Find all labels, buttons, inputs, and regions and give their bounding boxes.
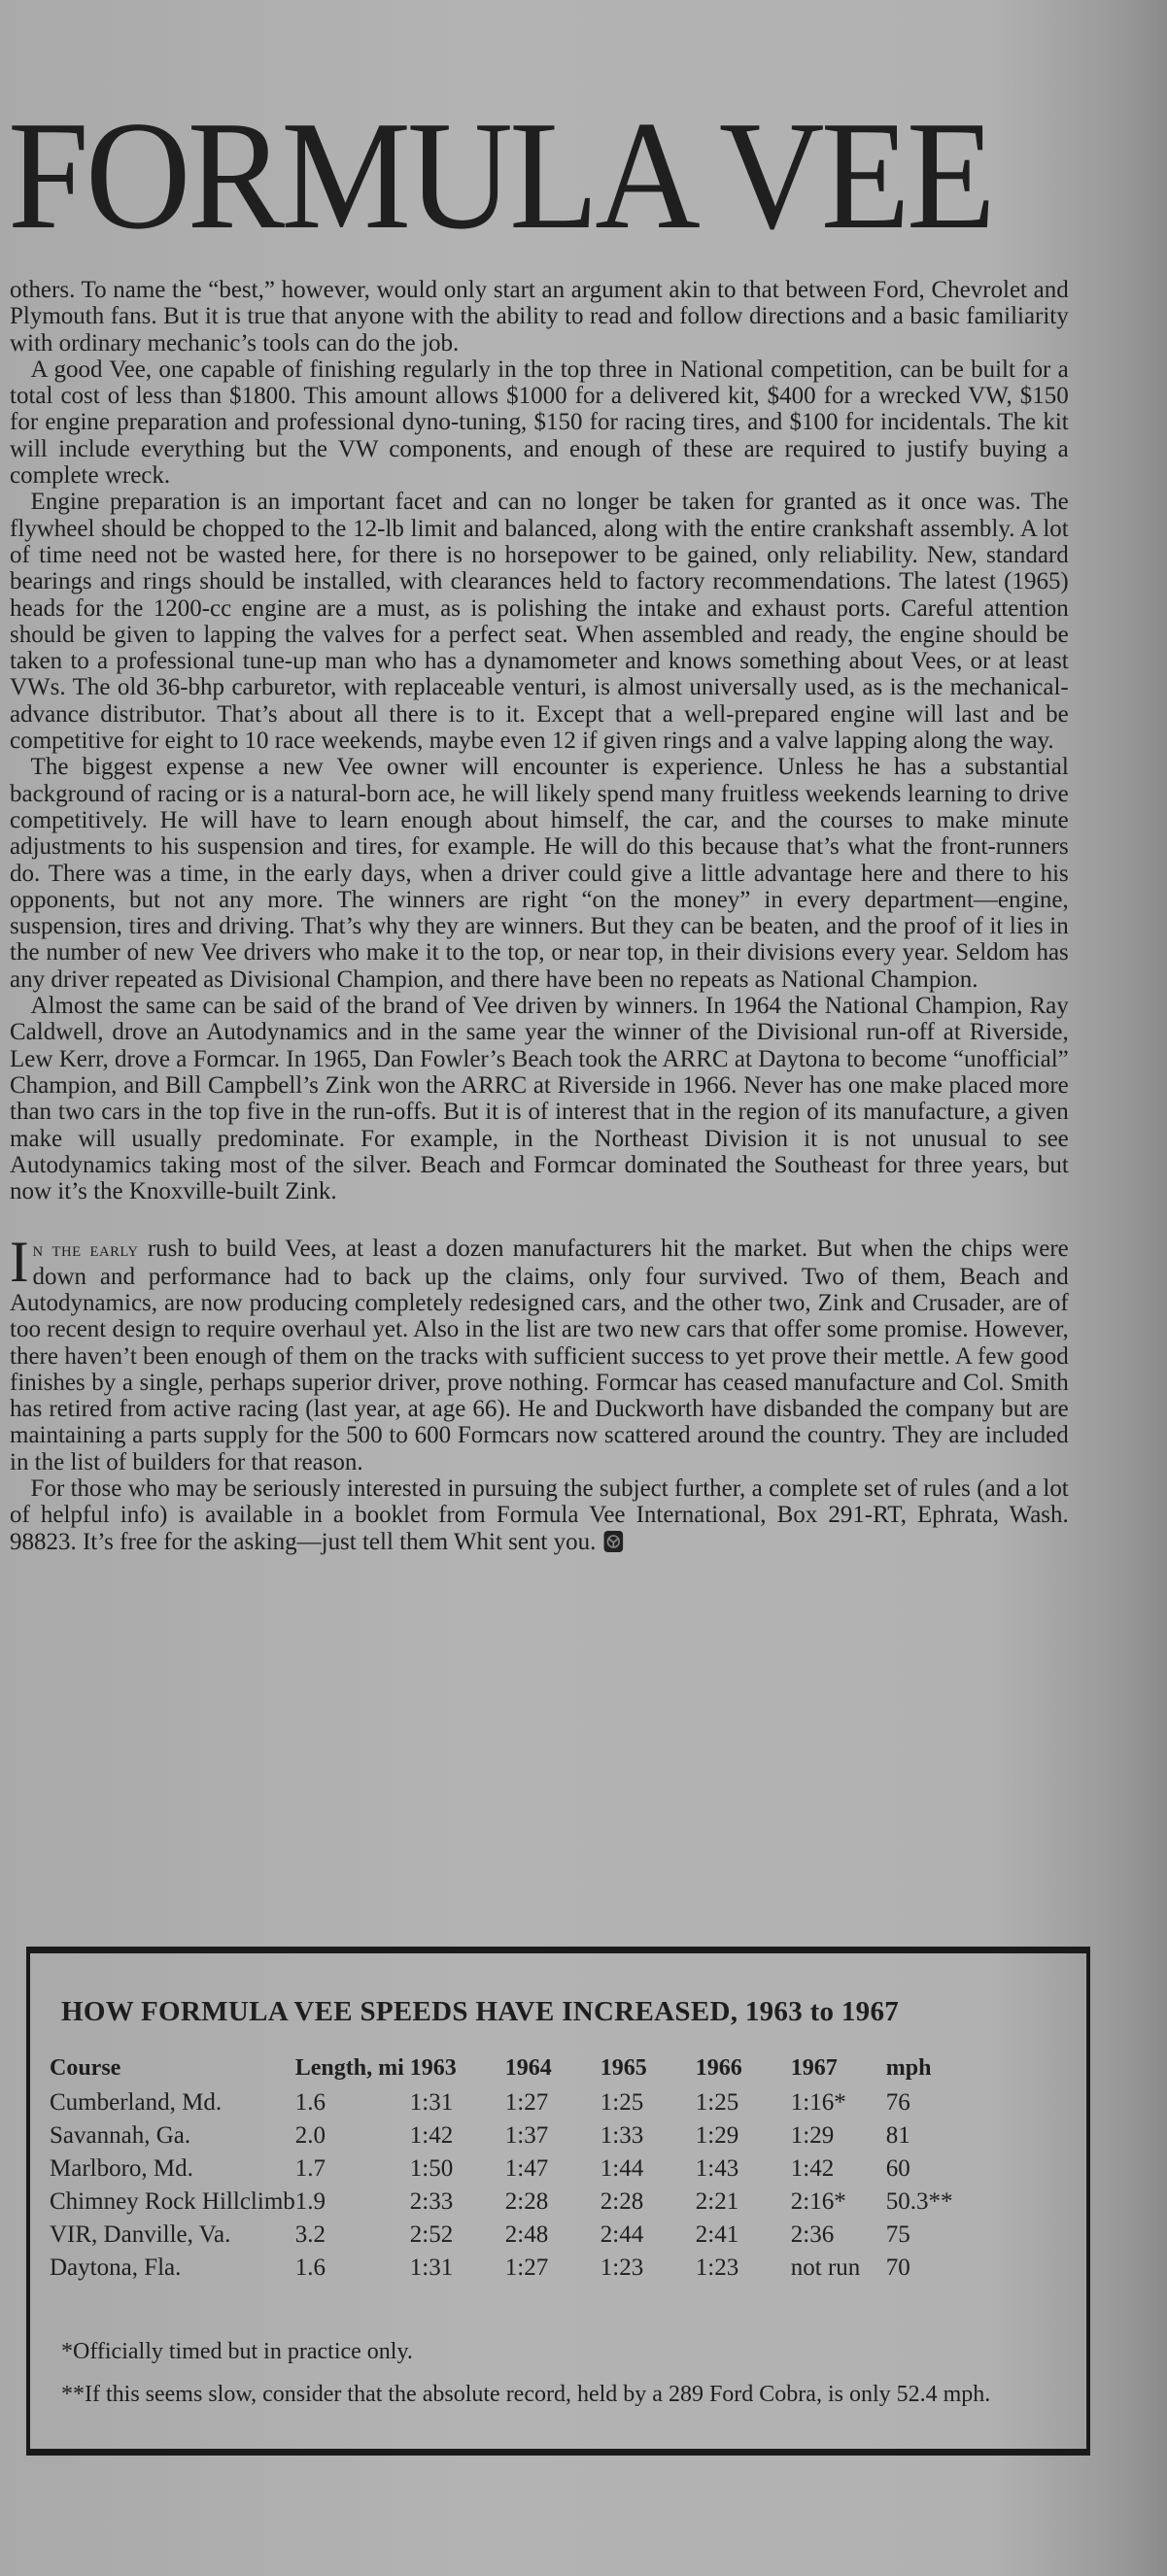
time-1965: 1:44 xyxy=(601,2152,696,2186)
header-1964: 1964 xyxy=(505,2051,601,2086)
course-name: Cumberland, Md. xyxy=(50,2086,295,2119)
table-row: VIR, Danville, Va. 3.2 2:52 2:48 2:44 2:… xyxy=(50,2219,953,2252)
time-1965: 2:28 xyxy=(601,2186,696,2219)
course-length: 1.7 xyxy=(295,2152,410,2186)
paragraph-4: The biggest expense a new Vee owner will… xyxy=(10,753,1069,992)
footnote-practice: *Officially timed but in practice only. xyxy=(61,2338,1062,2365)
time-1965: 1:33 xyxy=(601,2119,696,2152)
time-1966: 2:41 xyxy=(696,2219,791,2252)
speed-mph: 50.3** xyxy=(886,2186,953,2219)
paragraph-5: Almost the same can be said of the brand… xyxy=(10,992,1069,1203)
course-length: 2.0 xyxy=(295,2119,410,2152)
time-1963: 1:31 xyxy=(410,2252,505,2285)
header-course: Course xyxy=(50,2051,295,2086)
table-header-row: Course Length, mi 1963 1964 1965 1966 19… xyxy=(50,2051,953,2086)
speed-mph: 81 xyxy=(886,2119,953,2152)
time-1965: 1:23 xyxy=(601,2252,696,2285)
header-mph: mph xyxy=(886,2051,953,2086)
time-1964: 1:47 xyxy=(505,2152,601,2186)
time-1966: 1:29 xyxy=(696,2119,791,2152)
time-1966: 2:21 xyxy=(696,2186,791,2219)
closing-text: For those who may be seriously intereste… xyxy=(10,1474,1069,1555)
time-1967: 1:29 xyxy=(791,2119,886,2152)
header-1966: 1966 xyxy=(696,2051,791,2086)
time-1964: 2:48 xyxy=(505,2219,601,2252)
time-1964: 2:28 xyxy=(505,2186,601,2219)
closing-paragraph: For those who may be seriously intereste… xyxy=(10,1474,1069,1554)
header-1963: 1963 xyxy=(410,2051,505,2086)
course-name: Savannah, Ga. xyxy=(50,2119,295,2152)
section2-text: rush to build Vees, at least a dozen man… xyxy=(10,1234,1069,1474)
time-1964: 1:37 xyxy=(505,2119,601,2152)
time-1967: not run xyxy=(791,2252,886,2285)
lead-in-smallcaps: n the early xyxy=(33,1237,139,1261)
time-1963: 1:31 xyxy=(410,2086,505,2119)
table-row: Marlboro, Md. 1.7 1:50 1:47 1:44 1:43 1:… xyxy=(50,2152,953,2186)
magazine-page: FORMULA VEE others. To name the “best,” … xyxy=(0,0,1167,2576)
speed-table-box: HOW FORMULA VEE SPEEDS HAVE INCREASED, 1… xyxy=(26,1947,1090,2456)
article-title: FORMULA VEE xyxy=(8,97,992,253)
speed-mph: 70 xyxy=(886,2252,953,2285)
time-1967: 2:36 xyxy=(791,2219,886,2252)
speed-mph: 76 xyxy=(886,2086,953,2119)
speed-mph: 60 xyxy=(886,2152,953,2186)
time-1966: 1:23 xyxy=(696,2252,791,2285)
course-length: 1.6 xyxy=(295,2252,410,2285)
course-length: 3.2 xyxy=(295,2219,410,2252)
time-1963: 2:33 xyxy=(410,2186,505,2219)
course-name: Daytona, Fla. xyxy=(50,2252,295,2285)
course-name: VIR, Danville, Va. xyxy=(50,2219,295,2252)
time-1963: 2:52 xyxy=(410,2219,505,2252)
table-row: Cumberland, Md. 1.6 1:31 1:27 1:25 1:25 … xyxy=(50,2086,953,2119)
drop-cap: I xyxy=(10,1238,29,1285)
time-1963: 1:42 xyxy=(410,2119,505,2152)
time-1967: 2:16* xyxy=(791,2186,886,2219)
footnote-record: **If this seems slow, consider that the … xyxy=(61,2381,1076,2408)
speed-table: Course Length, mi 1963 1964 1965 1966 19… xyxy=(50,2051,953,2285)
course-length: 1.6 xyxy=(295,2086,410,2119)
time-1967: 1:42 xyxy=(791,2152,886,2186)
time-1964: 1:27 xyxy=(505,2252,601,2285)
table-row: Savannah, Ga. 2.0 1:42 1:37 1:33 1:29 1:… xyxy=(50,2119,953,2152)
table-title: HOW FORMULA VEE SPEEDS HAVE INCREASED, 1… xyxy=(61,1996,899,2028)
section2-paragraph: In the early rush to build Vees, at leas… xyxy=(10,1235,1069,1474)
time-1963: 1:50 xyxy=(410,2152,505,2186)
time-1965: 2:44 xyxy=(601,2219,696,2252)
time-1966: 1:25 xyxy=(696,2086,791,2119)
section-break xyxy=(10,1203,1069,1235)
paragraph-2: A good Vee, one capable of finishing reg… xyxy=(10,356,1069,488)
time-1967: 1:16* xyxy=(791,2086,886,2119)
course-name: Chimney Rock Hillclimb xyxy=(50,2186,295,2219)
steering-wheel-icon xyxy=(603,1531,623,1552)
article-body: others. To name the “best,” however, wou… xyxy=(10,276,1069,1554)
paragraph-1: others. To name the “best,” however, wou… xyxy=(10,276,1069,356)
header-1965: 1965 xyxy=(601,2051,696,2086)
header-1967: 1967 xyxy=(791,2051,886,2086)
header-length: Length, mi xyxy=(295,2051,410,2086)
table-row: Daytona, Fla. 1.6 1:31 1:27 1:23 1:23 no… xyxy=(50,2252,953,2285)
course-name: Marlboro, Md. xyxy=(50,2152,295,2186)
table-row: Chimney Rock Hillclimb 1.9 2:33 2:28 2:2… xyxy=(50,2186,953,2219)
time-1965: 1:25 xyxy=(601,2086,696,2119)
speed-mph: 75 xyxy=(886,2219,953,2252)
paragraph-3: Engine preparation is an important facet… xyxy=(10,488,1069,753)
time-1964: 1:27 xyxy=(505,2086,601,2119)
course-length: 1.9 xyxy=(295,2186,410,2219)
time-1966: 1:43 xyxy=(696,2152,791,2186)
